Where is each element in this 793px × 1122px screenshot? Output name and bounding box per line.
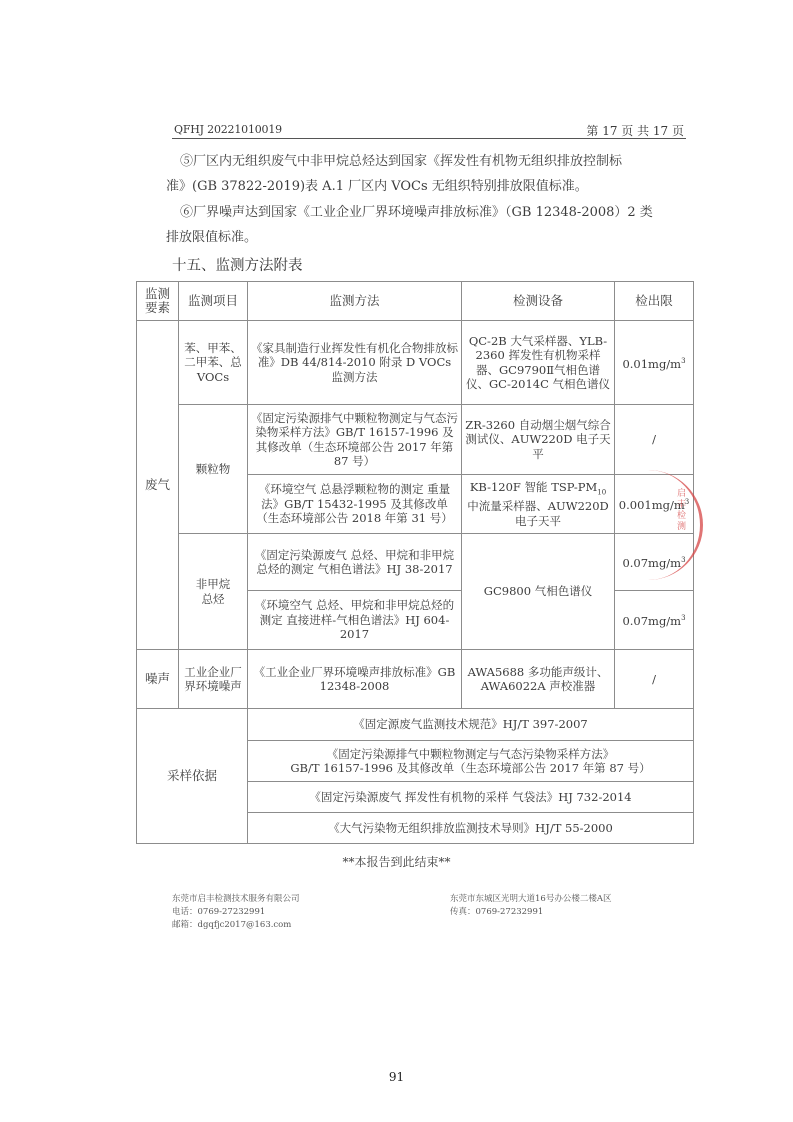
method-nmhc-1: 《固定污染源废气 总烃、甲烷和非甲烷总烃的测定 气相色谱法》HJ 38-2017 xyxy=(248,534,462,591)
paragraph-line-2: 准》(GB 37822-2019)表 A.1 厂区内 VOCs 无组织特别排放限… xyxy=(166,176,666,198)
sampling-item-1: 《固定源废气监测技术规范》HJ/T 397-2007 xyxy=(248,709,694,741)
item-voc: 苯、甲苯、二甲苯、总 VOCs xyxy=(179,321,248,405)
limit-nmhc-2: 0.07mg/m3 xyxy=(615,591,694,650)
section-title: 十五、监测方法附表 xyxy=(172,254,303,275)
sampling-item-2: 《固定污染源排气中颗粒物测定与气态污染物采样方法》GB/T 16157-1996… xyxy=(248,741,694,782)
page-number: 91 xyxy=(0,1070,793,1084)
sampling-item-4: 《大气污染物无组织排放监测技术导则》HJ/T 55-2000 xyxy=(248,813,694,844)
footer-phone: 电话：0769-27232991 xyxy=(172,906,300,919)
company-seal-text: 启丰检测 xyxy=(674,488,687,532)
equipment-particulate-2: KB-120F 智能 TSP-PM10 中流量采样器、AUW220D 电子天平 xyxy=(462,475,615,534)
table-row: 废气 苯、甲苯、二甲苯、总 VOCs 《家具制造行业挥发性有机化合物排放标准》D… xyxy=(137,321,694,405)
footer-company: 东莞市启丰检测技术服务有限公司 xyxy=(172,893,300,906)
limit-voc: 0.01mg/m3 xyxy=(615,321,694,405)
limit-noise: / xyxy=(615,650,694,709)
table-row: 非甲烷总烃 《固定污染源废气 总烃、甲烷和非甲烷总烃的测定 气相色谱法》HJ 3… xyxy=(137,534,694,591)
item-noise: 工业企业厂界环境噪声 xyxy=(179,650,248,709)
header-item: 监测项目 xyxy=(179,282,248,321)
method-particulate-2: 《环境空气 总悬浮颗粒物的测定 重量法》GB/T 15432-1995 及其修改… xyxy=(248,475,462,534)
equipment-voc: QC-2B 大气采样器、YLB-2360 挥发性有机物采样器、GC9790Ⅱ气相… xyxy=(462,321,615,405)
sampling-basis-label: 采样依据 xyxy=(137,709,248,844)
header-equipment: 检测设备 xyxy=(462,282,615,321)
monitoring-methods-table: 监测要素 监测项目 监测方法 检测设备 检出限 废气 苯、甲苯、二甲苯、总 VO… xyxy=(136,281,694,844)
table-header-row: 监测要素 监测项目 监测方法 检测设备 检出限 xyxy=(137,282,694,321)
header-method: 监测方法 xyxy=(248,282,462,321)
paragraph-line-1: ⑤厂区内无组织废气中非甲烷总烃达到国家《挥发性有机物无组织排放控制标 xyxy=(180,151,680,173)
end-of-report-note: **本报告到此结束** xyxy=(0,853,793,870)
element-waste-gas: 废气 xyxy=(137,321,179,650)
page-header: QFHJ 20221010019 第 17 页 共 17 页 xyxy=(172,122,686,139)
method-noise: 《工业企业厂界环境噪声排放标准》GB 12348-2008 xyxy=(248,650,462,709)
paragraph-line-4: 排放限值标准。 xyxy=(166,227,666,249)
sampling-item-3: 《固定污染源废气 挥发性有机物的采样 气袋法》HJ 732-2014 xyxy=(248,782,694,813)
table-row: 颗粒物 《固定污染源排气中颗粒物测定与气态污染物采样方法》GB/T 16157-… xyxy=(137,405,694,475)
footer-right: 东莞市东城区光明大道16号办公楼二楼A区 传真：0769-27232991 xyxy=(450,893,611,919)
footer-fax: 传真：0769-27232991 xyxy=(450,906,611,919)
report-number: QFHJ 20221010019 xyxy=(174,123,282,136)
method-voc: 《家具制造行业挥发性有机化合物排放标准》DB 44/814-2010 附录 D … xyxy=(248,321,462,405)
equipment-nmhc: GC9800 气相色谱仪 xyxy=(462,534,615,650)
method-nmhc-2: 《环境空气 总烃、甲烷和非甲烷总烃的测定 直接进样-气相色谱法》HJ 604-2… xyxy=(248,591,462,650)
item-nmhc: 非甲烷总烃 xyxy=(179,534,248,650)
table-row: 采样依据 《固定源废气监测技术规范》HJ/T 397-2007 xyxy=(137,709,694,741)
table-row: 噪声 工业企业厂界环境噪声 《工业企业厂界环境噪声排放标准》GB 12348-2… xyxy=(137,650,694,709)
footer-left: 东莞市启丰检测技术服务有限公司 电话：0769-27232991 邮箱：dgqf… xyxy=(172,893,300,932)
limit-nmhc-1: 0.07mg/m3 xyxy=(615,534,694,591)
paragraph-line-3: ⑥厂界噪声达到国家《工业企业厂界环境噪声排放标准》（GB 12348-2008）… xyxy=(180,202,680,224)
footer-address: 东莞市东城区光明大道16号办公楼二楼A区 xyxy=(450,893,611,906)
element-noise: 噪声 xyxy=(137,650,179,709)
equipment-particulate-1: ZR-3260 自动烟尘烟气综合测试仪、AUW220D 电子天平 xyxy=(462,405,615,475)
page-info: 第 17 页 共 17 页 xyxy=(586,122,684,139)
footer-email: 邮箱：dgqfjc2017@163.com xyxy=(172,919,300,932)
header-element: 监测要素 xyxy=(137,282,179,321)
limit-particulate-1: / xyxy=(615,405,694,475)
equipment-noise: AWA5688 多功能声级计、AWA6022A 声校准器 xyxy=(462,650,615,709)
header-limit: 检出限 xyxy=(615,282,694,321)
method-particulate-1: 《固定污染源排气中颗粒物测定与气态污染物采样方法》GB/T 16157-1996… xyxy=(248,405,462,475)
item-particulate: 颗粒物 xyxy=(179,405,248,534)
